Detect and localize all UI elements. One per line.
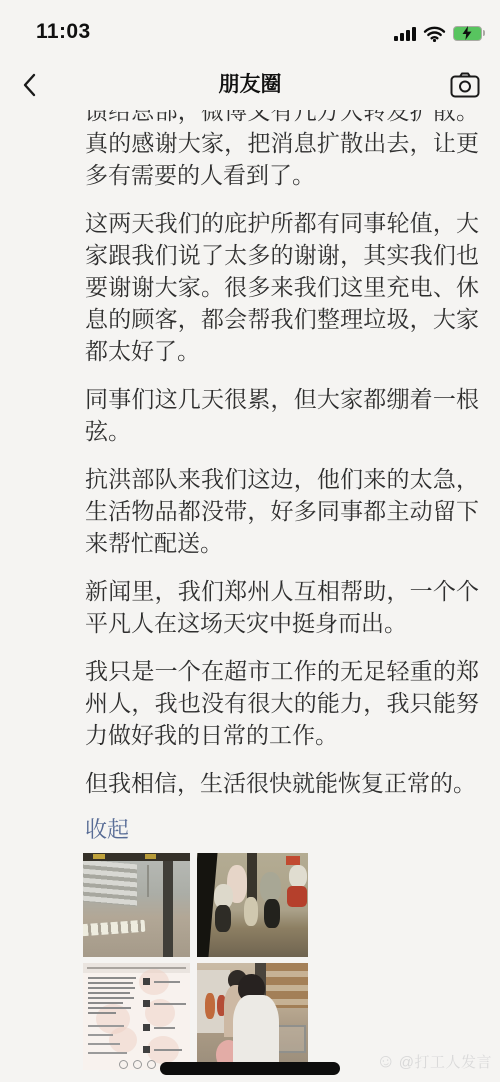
lightning-bolt-icon: [461, 26, 473, 40]
photo-detail: [244, 897, 258, 926]
photo-detail: [264, 899, 281, 928]
photo-chat-screenshot[interactable]: [83, 963, 190, 1070]
photo-detail: [88, 977, 136, 1020]
cellular-signal-icon: [394, 26, 416, 41]
photo-detail: [83, 860, 137, 906]
photo-detail: [93, 854, 106, 859]
wifi-icon: [423, 25, 446, 42]
photo-detail: [215, 905, 232, 932]
watermark: ☺ @打工人发言: [376, 1051, 492, 1072]
photo-detail: [289, 865, 307, 888]
status-bar: 11:03: [0, 0, 500, 60]
collapse-link[interactable]: 收起: [85, 815, 479, 845]
photo-detail: [83, 919, 145, 936]
photo-detail: [147, 865, 149, 896]
photo-detail: [119, 1060, 162, 1068]
photo-detail: [233, 995, 280, 1070]
post-paragraph: 抗洪部队来我们这边，他们来的太急，生活物品都没带，好多同事都主动留下来帮忙配送。: [85, 463, 479, 559]
photo-detail: [286, 856, 300, 865]
photo-detail: [247, 853, 257, 903]
photo-detail: [197, 853, 217, 957]
post-paragraph: 同事们这几天很累，但大家都绷着一根弦。: [85, 383, 479, 447]
photo-detail: [163, 853, 173, 957]
page-title: 朋友圈: [0, 60, 500, 110]
status-time: 11:03: [36, 20, 91, 44]
nav-bar: 朋友圈: [0, 60, 500, 110]
wechat-moments-screen: 11:03: [0, 0, 500, 1082]
photo-detail: [287, 886, 307, 907]
photo-store-entrance[interactable]: [197, 853, 308, 957]
photo-detail: [87, 967, 185, 969]
post-paragraph: 新闻里，我们郑州人互相帮助，一个个平凡人在这场天灾中挺身而出。: [85, 575, 479, 639]
smiley-face-icon: ☺: [374, 1050, 397, 1073]
photo-detail: [143, 978, 186, 1064]
post-paragraph: 但我相信，生活很快就能恢复正常的。: [85, 767, 479, 799]
status-icons: [394, 25, 482, 42]
photo-detail: [205, 993, 215, 1019]
post-paragraph: 我只是一个在超市工作的无足轻重的郑州人，我也没有很大的能力，我只能努力做好我的日…: [85, 655, 479, 751]
camera-icon[interactable]: [450, 72, 480, 98]
photo-grid: [83, 853, 479, 1070]
photo-detail: [88, 1025, 133, 1061]
top-chrome: 11:03: [0, 0, 500, 110]
photo-supermarket[interactable]: [197, 963, 308, 1070]
watermark-text: @打工人发言: [399, 1051, 492, 1072]
photo-flooded-street[interactable]: [83, 853, 190, 957]
moments-post-content: 馈给总部，微博又有几万人转发扩散。真的感谢大家，把消息扩散出去，让更多有需要的人…: [85, 95, 479, 1070]
post-paragraph: 这两天我们的庇护所都有同事轮值，大家跟我们说了太多的谢谢，其实我们也要谢谢大家。…: [85, 207, 479, 367]
battery-charging-icon: [453, 26, 482, 41]
redaction-bar: [160, 1062, 340, 1075]
photo-detail: [145, 854, 156, 859]
